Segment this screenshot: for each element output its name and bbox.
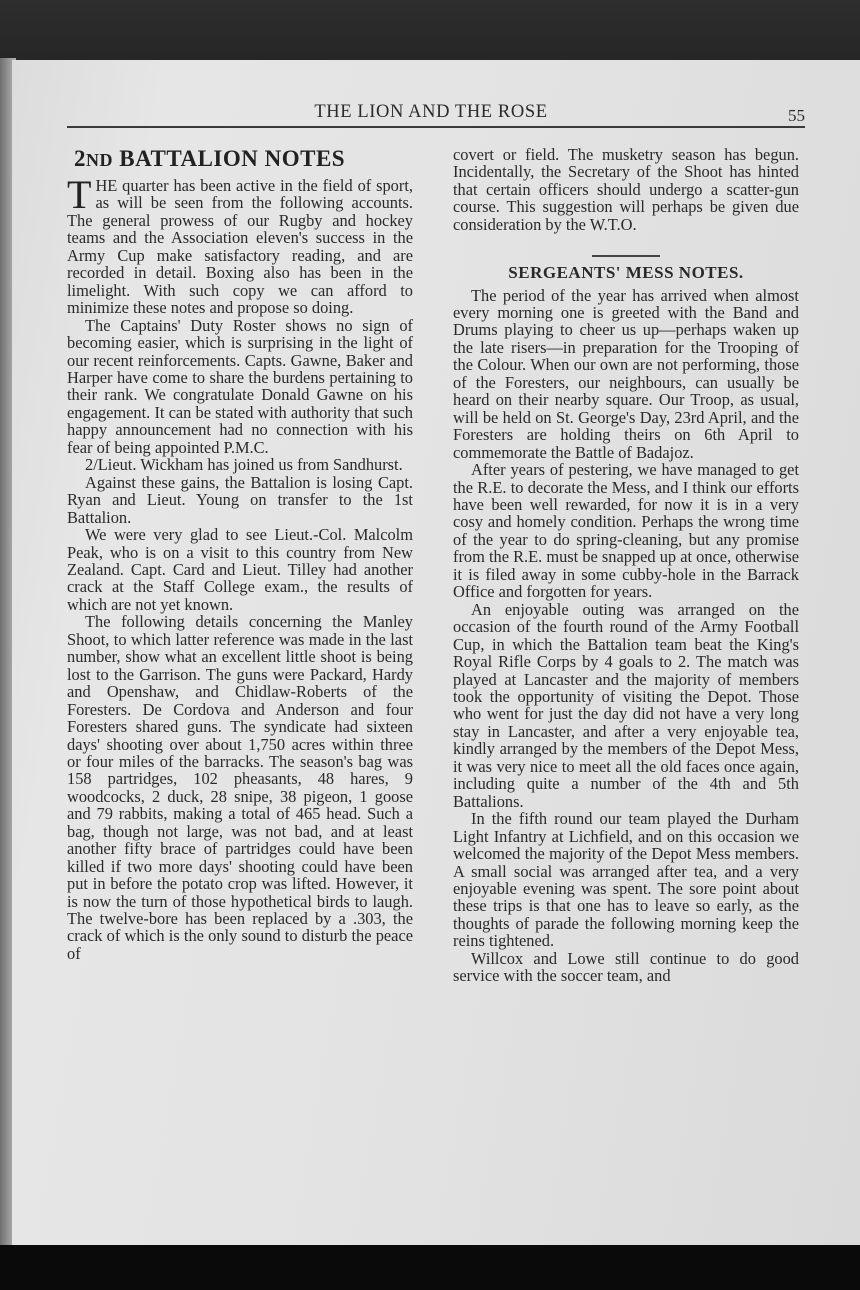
article-paragraph: The Captains' Duty Roster shows no sign … <box>67 317 413 457</box>
article-paragraph: THE quarter has been active in the field… <box>67 177 413 317</box>
background-top <box>0 0 860 60</box>
title-prefix-small: ND <box>86 150 113 170</box>
article-title: 2ND BATTALION NOTES <box>74 146 413 173</box>
title-main: BATTALION NOTES <box>113 146 345 171</box>
article-paragraph: We were very glad to see Lieut.-Col. Mal… <box>67 526 413 613</box>
magazine-page: THE LION AND THE ROSE 55 2ND BATTALION N… <box>12 60 860 1246</box>
running-title: THE LION AND THE ROSE <box>67 102 795 123</box>
drop-cap: T <box>67 179 91 211</box>
sergeants-paragraph: An enjoyable outing was arranged on the … <box>453 601 799 810</box>
running-header: THE LION AND THE ROSE 55 <box>67 100 795 130</box>
section-divider <box>592 255 660 256</box>
right-column: covert or field. The musketry season has… <box>453 146 799 985</box>
article-paragraph: Against these gains, the Battalion is lo… <box>67 474 413 526</box>
page-number: 55 <box>788 106 805 126</box>
left-column: 2ND BATTALION NOTES THE quarter has been… <box>67 146 413 962</box>
sergeants-mess-title: SERGEANTS' MESS NOTES. <box>453 263 799 283</box>
sergeants-paragraph: The period of the year has arrived when … <box>453 287 799 462</box>
article-continuation: covert or field. The musketry season has… <box>453 146 799 233</box>
sergeants-paragraph: Willcox and Lowe still continue to do go… <box>453 950 799 985</box>
article-paragraph: 2/Lieut. Wickham has joined us from Sand… <box>67 456 413 473</box>
article-paragraph: The following details concerning the Man… <box>67 613 413 962</box>
title-prefix: 2 <box>74 146 86 171</box>
background-bottom <box>0 1245 860 1290</box>
sergeants-paragraph: In the fifth round our team played the D… <box>453 810 799 950</box>
sergeants-paragraph: After years of pestering, we have manage… <box>453 461 799 601</box>
header-rule <box>67 126 805 128</box>
